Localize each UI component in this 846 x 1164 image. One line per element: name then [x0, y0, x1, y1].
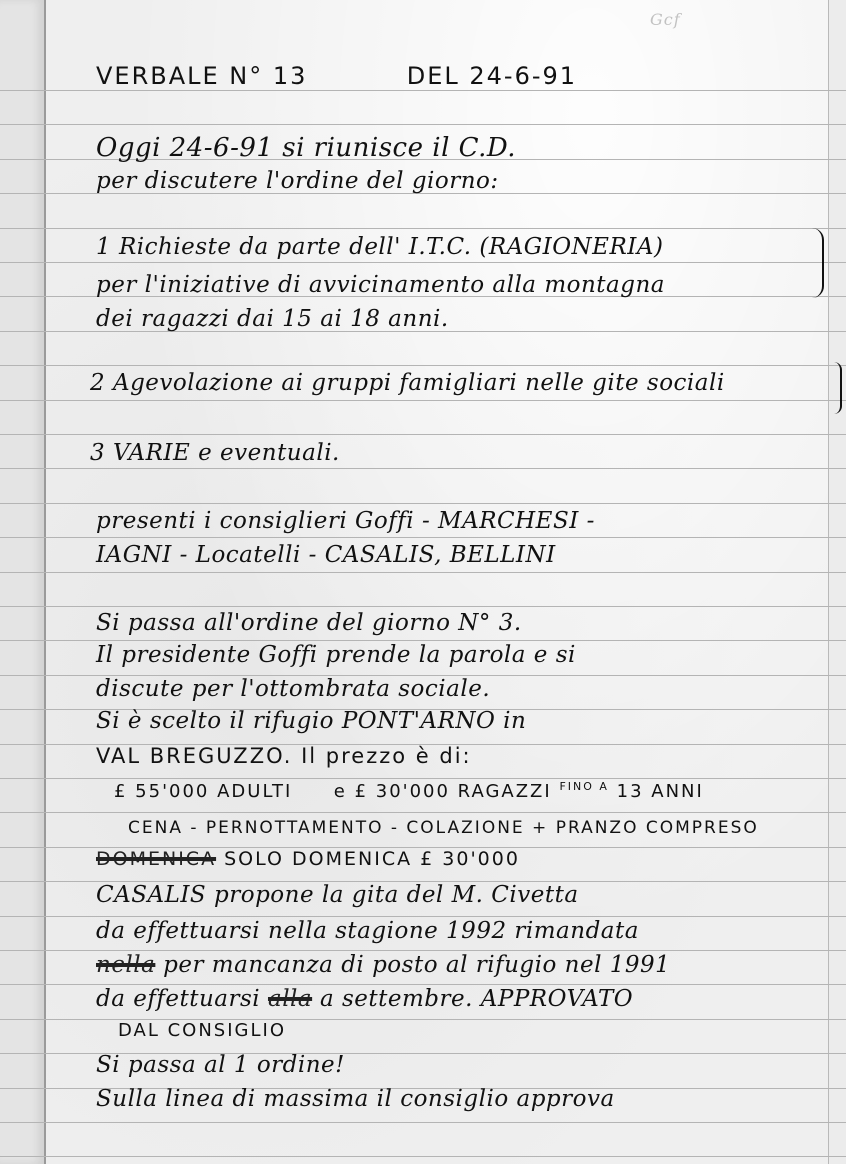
body-line: Si passa all'ordine del giorno N° 3. [96, 610, 522, 636]
minutes-title: VERBALE N° 13 [96, 62, 307, 90]
minutes-header: VERBALE N° 13 DEL 24-6-91 [96, 62, 577, 90]
age-limit: 13 ANNI [617, 781, 704, 802]
sunday-price: SOLO DOMENICA £ 30'000 [224, 848, 520, 870]
struck-word: alla [268, 986, 312, 1012]
binding-margin [0, 0, 46, 1164]
intro-line-1: Oggi 24-6-91 si riunisce il C.D. [96, 133, 516, 163]
struck-word: DOMENICA [96, 848, 216, 870]
ruled-line [0, 984, 846, 985]
price-children: e £ 30'000 RAGAZZI [334, 781, 552, 802]
ruled-line [0, 1122, 846, 1123]
ruled-line [0, 916, 846, 917]
ruled-line [0, 572, 846, 573]
meeting-date: 24-6-91 [469, 62, 577, 90]
body-line: Sulla linea di massima il consiglio appr… [96, 1086, 615, 1112]
body-line: Si è scelto il rifugio PONT'ARNO in [96, 708, 526, 734]
body-line: DAL CONSIGLIO [118, 1020, 286, 1041]
agenda-item-1-line-3: dei ragazzi dai 15 ai 18 anni. [96, 306, 449, 332]
body-line: da effettuarsi alla a settembre. APPROVA… [96, 986, 633, 1012]
bracket-mark [834, 362, 842, 414]
agenda-number: 3 [90, 440, 105, 466]
ruled-line [0, 950, 846, 951]
agenda-item-1-line-2: per l'iniziative di avvicinamento alla m… [96, 272, 665, 298]
ruled-line [0, 812, 846, 813]
body-line: CASALIS propone la gita del M. Civetta [96, 882, 579, 908]
ruled-line [0, 400, 846, 401]
agenda-text: Richieste da parte dell' I.T.C. (RAGIONE… [119, 234, 664, 260]
ruled-line [0, 1156, 846, 1157]
ruled-line [0, 503, 846, 504]
ruled-line [0, 606, 846, 607]
notebook-page: Gcf VERBALE N° 13 DEL 24-6-91 Oggi 24-6-… [0, 0, 846, 1164]
ruled-line [0, 468, 846, 469]
bracket-mark [812, 228, 824, 298]
age-note: FINO A [559, 780, 608, 793]
body-line: nella per mancanza di posto al rifugio n… [96, 952, 670, 978]
ruled-line [0, 90, 846, 91]
struck-word: nella [96, 952, 155, 978]
body-line: VAL BREGUZZO. Il prezzo è di: [96, 744, 472, 768]
right-margin [828, 0, 846, 1164]
ruled-line [0, 262, 846, 263]
agenda-number: 1 [96, 234, 111, 260]
ruled-line [0, 365, 846, 366]
ruled-line [0, 434, 846, 435]
body-line: discute per l'ottombrata sociale. [96, 676, 490, 702]
price-adults: £ 55'000 ADULTI [114, 781, 292, 802]
ruled-line [0, 228, 846, 229]
date-label: DEL [407, 62, 460, 90]
included-services: CENA - PERNOTTAMENTO - COLAZIONE + PRANZ… [128, 818, 759, 838]
agenda-text: Agevolazione ai gruppi famigliari nelle … [113, 370, 725, 396]
agenda-text: VARIE e eventuali. [113, 440, 340, 466]
body-line: Il presidente Goffi prende la parola e s… [96, 642, 576, 668]
intro-line-2: per discutere l'ordine del giorno: [96, 168, 499, 194]
attendance-line-2: IAGNI - Locatelli - CASALIS, BELLINI [96, 542, 556, 568]
ruled-line [0, 124, 846, 125]
ruled-line [0, 640, 846, 641]
agenda-number: 2 [90, 370, 105, 396]
body-text: a settembre. APPROVATO [320, 986, 633, 1012]
ruled-line [0, 778, 846, 779]
ruled-line [0, 537, 846, 538]
sunday-price-line: DOMENICA SOLO DOMENICA £ 30'000 [96, 848, 520, 870]
price-line: £ 55'000 ADULTI e £ 30'000 RAGAZZI FINO … [114, 780, 704, 802]
agenda-item-2: 2 Agevolazione ai gruppi famigliari nell… [90, 370, 725, 396]
attendance-line-1: presenti i consiglieri Goffi - MARCHESI … [96, 508, 595, 534]
body-line: Si passa al 1 ordine! [96, 1052, 345, 1078]
body-text: da effettuarsi [96, 986, 260, 1012]
agenda-item-1: 1 Richieste da parte dell' I.T.C. (RAGIO… [96, 234, 663, 260]
ghost-pencil-mark: Gcf [650, 10, 681, 29]
body-text: per mancanza di posto al rifugio nel 199… [163, 952, 670, 978]
body-line: da effettuarsi nella stagione 1992 riman… [96, 918, 639, 944]
agenda-item-3: 3 VARIE e eventuali. [90, 440, 340, 466]
